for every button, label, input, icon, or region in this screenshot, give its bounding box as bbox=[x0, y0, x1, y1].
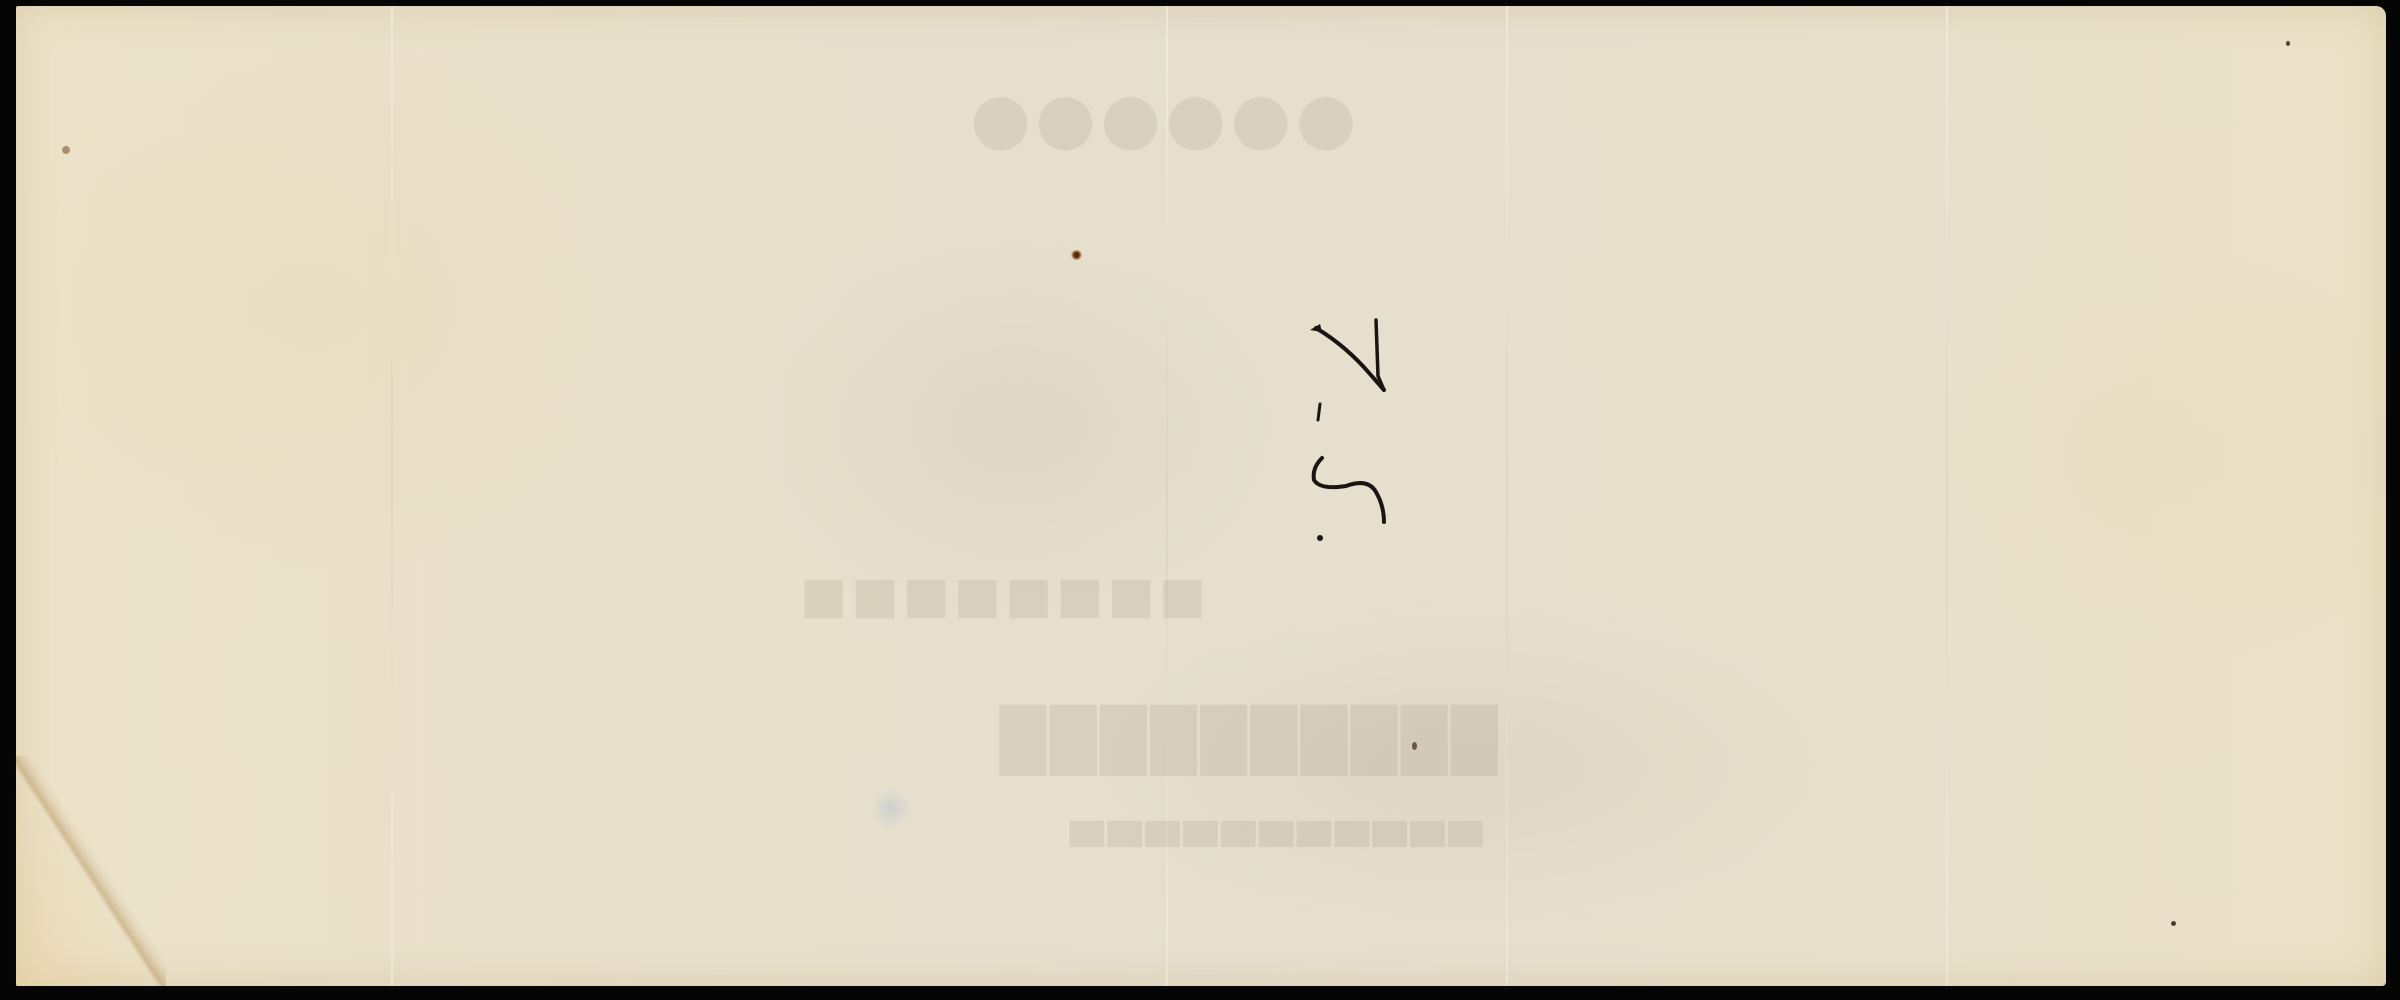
paper-sheet: ●●●●●● ■■■■■■■■ ██████████ ▄▄▄▄▄▄▄▄▄▄▄ 7… bbox=[16, 6, 2386, 986]
debris-speck bbox=[62, 146, 70, 154]
fold-line bbox=[391, 6, 393, 986]
brown-ink-spot bbox=[1071, 250, 1082, 260]
show-through-print: ▄▄▄▄▄▄▄▄▄▄▄ bbox=[1066, 796, 1482, 847]
handwritten-mark-text: 7.5 bbox=[1276, 406, 1277, 407]
handwritten-mark-icon bbox=[1306, 306, 1426, 546]
show-through-print: ●●●●●● bbox=[966, 76, 1356, 159]
debris-speck bbox=[1412, 742, 1417, 750]
fold-line bbox=[1946, 6, 1948, 986]
debris-speck bbox=[2171, 921, 2176, 926]
show-through-print: ■■■■■■■■ bbox=[796, 566, 1206, 624]
scan-background: ●●●●●● ■■■■■■■■ ██████████ ▄▄▄▄▄▄▄▄▄▄▄ 7… bbox=[0, 0, 2400, 1000]
debris-speck bbox=[2286, 41, 2290, 46]
diagonal-crease bbox=[16, 756, 166, 986]
show-through-print: ██████████ bbox=[996, 706, 1497, 776]
fold-line bbox=[1506, 6, 1508, 986]
blue-tint-stain bbox=[871, 786, 911, 831]
